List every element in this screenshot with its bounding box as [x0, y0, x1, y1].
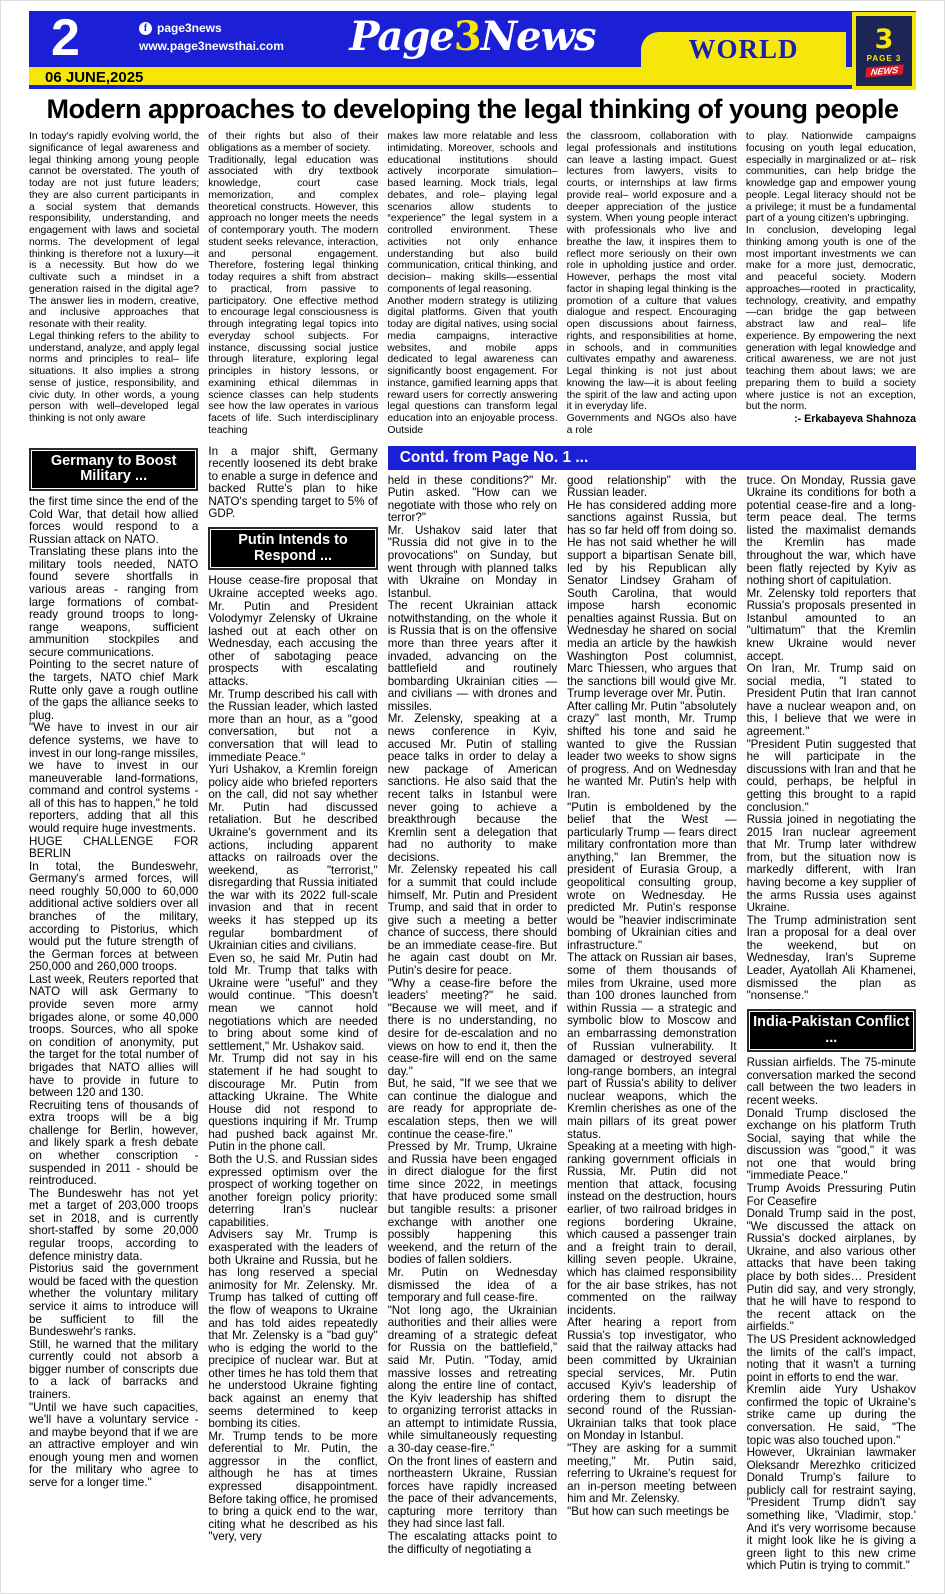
paragraph: Trump Avoids Pressuring Putin For Ceasef… [747, 1183, 916, 1208]
paragraph: Speaking at a meeting with high-ranking … [567, 1141, 736, 1317]
paragraph: In conclusion, developing legal thinking… [746, 225, 916, 413]
paragraph: Russian airfields. The 75-minute convers… [747, 1057, 916, 1107]
paragraph: On Iran, Mr. Trump said on social media,… [747, 663, 916, 738]
paragraph: House cease-fire proposal that Ukraine a… [208, 575, 377, 688]
paragraph: The recent Ukrainian attack notwithstand… [388, 600, 557, 713]
paragraph: Pointing to the secret nature of the tar… [29, 659, 198, 722]
continued-column-3: truce. On Monday, Russia gave Ukraine it… [747, 475, 916, 1573]
byline: :- Erkabayeva Shahnoza [746, 414, 916, 426]
paragraph: But, he said, "If we see that we can con… [388, 1078, 557, 1141]
paragraph: Even so, he said Mr. Putin had told Mr. … [208, 953, 377, 1054]
paragraph: Donald Trump disclosed the exchange on h… [747, 1108, 916, 1183]
logo-page3-label: PAGE 3 [867, 54, 902, 63]
paragraph: Mr. Trump tends to be more deferential t… [208, 1431, 377, 1544]
putin-article-intro: In a major shift, Germany recently loose… [208, 446, 377, 521]
paragraph: Pressed by Mr. Trump, Ukraine and Russia… [388, 1141, 557, 1267]
paragraph: The Trump administration sent Iran a pro… [747, 915, 916, 1003]
paragraph: The Bundeswehr has not yet met a target … [29, 1188, 198, 1263]
putin-article-column: In a major shift, Germany recently loose… [208, 446, 377, 1573]
social-handle: page3news [157, 21, 222, 35]
paragraph: Advisers say Mr. Trump is exasperated wi… [208, 1229, 377, 1430]
paragraph: HUGE CHALLENGE FOR BERLIN [29, 836, 198, 861]
lead-column-3: makes law more relatable and less intimi… [387, 131, 557, 437]
paragraph: Mr. Trump did not say in his statement i… [208, 1053, 377, 1154]
lead-column-4: the classroom, collaboration with legal … [567, 131, 737, 437]
paragraph: Translating these plans into the militar… [29, 546, 198, 659]
paragraph: Donald Trump said in the post, "We discu… [747, 1208, 916, 1334]
paragraph: Another modern strategy is utilizing dig… [387, 296, 557, 437]
paragraph: Mr. Putin on Wednesday dismissed the ide… [388, 1267, 557, 1305]
continued-column-2: good relationship" with the Russian lead… [567, 475, 736, 1573]
page-number: 2 [51, 9, 80, 67]
paragraph: Mr. Zelensky repeated his call for a sum… [388, 864, 557, 977]
continued-group: Contd. from Page No. 1 ... held in these… [388, 446, 916, 1573]
paragraph: After calling Mr. Putin "absolutely craz… [567, 701, 736, 802]
paragraph: Mr. Zelensky told reporters that Russia'… [747, 588, 916, 663]
germany-article-text: the first time since the end of the Cold… [29, 496, 198, 1490]
lead-article: In today's rapidly evolving world, the s… [29, 129, 916, 443]
social-block: f page3news www.page3newsthai.com [139, 21, 284, 53]
paragraph: to play. Nationwide campaigns focusing o… [746, 131, 916, 225]
paragraph: He has considered adding more sanctions … [567, 500, 736, 701]
paragraph: Pistorius said the government would be f… [29, 1263, 198, 1338]
india-pakistan-title: India-Pakistan Conflict ... [747, 1009, 916, 1052]
lead-headline: Modern approaches to developing the lega… [29, 89, 916, 129]
paragraph: The US President acknowledged the limits… [747, 1334, 916, 1384]
paragraph: The escalating attacks point to the diff… [388, 1531, 557, 1556]
masthead-number: 3 [454, 13, 481, 60]
paragraph: Last week, Reuters reported that NATO wi… [29, 974, 198, 1100]
paragraph: Kremlin aide Yury Ushakov confirmed the … [747, 1384, 916, 1447]
newspaper-page: 2 f page3news www.page3newsthai.com Page… [0, 0, 945, 1594]
continued-column-1: held in these conditions?" Mr. Putin ask… [388, 475, 557, 1573]
paragraph: the first time since the end of the Cold… [29, 496, 198, 546]
paragraph: On the front lines of eastern and northe… [388, 1456, 557, 1531]
continued-column-3-text: truce. On Monday, Russia gave Ukraine it… [747, 475, 916, 1003]
logo-3-glyph: 3 [875, 27, 894, 53]
paragraph: Still, he warned that the military curre… [29, 1339, 198, 1402]
lead-column-1: In today's rapidly evolving world, the s… [29, 131, 199, 437]
paragraph: "Why a cease-fire before the leaders' me… [388, 978, 557, 1079]
paragraph: In total, the Bundeswehr, Germany's arme… [29, 861, 198, 974]
paragraph: "But how can such meetings be [567, 1506, 736, 1519]
lead-column-2: of their rights but also of their obliga… [208, 131, 378, 437]
paragraph: held in these conditions?" Mr. Putin ask… [388, 475, 557, 525]
paragraph: Both the U.S. and Russian sides expresse… [208, 1154, 377, 1229]
paragraph: However, Ukrainian lawmaker Oleksandr Me… [747, 1447, 916, 1573]
website-url: www.page3newsthai.com [139, 39, 284, 53]
lead-column-5-text: to play. Nationwide campaigns focusing o… [746, 131, 916, 413]
paragraph: truce. On Monday, Russia gave Ukraine it… [747, 475, 916, 588]
germany-article-column: Germany to Boost Military ... the first … [29, 446, 198, 1573]
paragraph: Recruiting tens of thousands of extra tr… [29, 1100, 198, 1188]
bottom-section: Germany to Boost Military ... the first … [29, 446, 916, 1573]
germany-article-title: Germany to Boost Military ... [29, 448, 198, 491]
paragraph: Mr. Ushakov said later that "Russia did … [388, 525, 557, 600]
paragraph: Mr. Zelensky, speaking at a news confere… [388, 713, 557, 864]
section-label: WORLD [688, 34, 798, 65]
lead-column-5: to play. Nationwide campaigns focusing o… [746, 131, 916, 437]
paragraph: "Until we have such capacities, we'll ha… [29, 1402, 198, 1490]
masthead-title: Page3News [349, 13, 595, 60]
paragraph: Governments and NGOs also have a role [567, 413, 737, 437]
putin-article-text: House cease-fire proposal that Ukraine a… [208, 575, 377, 1544]
paragraph: Yuri Ushakov, a Kremlin foreign policy a… [208, 764, 377, 953]
paragraph: good relationship" with the Russian lead… [567, 475, 736, 500]
masthead-right: News [481, 13, 596, 60]
paragraph: the classroom, collaboration with legal … [567, 131, 737, 413]
continued-banner: Contd. from Page No. 1 ... [388, 446, 916, 470]
paragraph: "They are asking for a summit meeting," … [567, 1443, 736, 1506]
paragraph: After hearing a report from Russia's top… [567, 1317, 736, 1443]
paragraph: "Putin is emboldened by the belief that … [567, 802, 736, 953]
paragraph: "President Putin suggested that he will … [747, 739, 916, 814]
paragraph: The attack on Russian air bases, some of… [567, 952, 736, 1141]
paragraph: "We have to invest in our air defence sy… [29, 722, 198, 835]
paragraph: In a major shift, Germany recently loose… [208, 446, 377, 521]
paragraph: makes law more relatable and less intimi… [387, 131, 557, 296]
masthead-left: Page [349, 13, 453, 60]
india-pakistan-text: Russian airfields. The 75-minute convers… [747, 1057, 916, 1573]
facebook-icon: f [139, 22, 152, 35]
paragraph: of their rights but also of their obliga… [208, 131, 378, 155]
section-tab: WORLD [641, 32, 846, 67]
paragraph: Mr. Trump described his call with the Ru… [208, 689, 377, 764]
paragraph: Russia joined in negotiating the 2015 Ir… [747, 814, 916, 915]
issue-date: 06 JUNE,2025 [45, 69, 143, 86]
page3-logo: 3 PAGE 3 NEWS [852, 12, 916, 90]
putin-article-title: Putin Intends to Respond ... [208, 527, 377, 570]
logo-news-banner: NEWS [865, 64, 903, 77]
masthead-band: 2 f page3news www.page3newsthai.com Page… [29, 11, 916, 67]
paragraph: In today's rapidly evolving world, the s… [29, 131, 199, 331]
paragraph: Traditionally, legal education was assoc… [208, 155, 378, 437]
date-strip: 06 JUNE,2025 [29, 67, 916, 89]
paragraph: "Not long ago, the Ukrainian authorities… [388, 1305, 557, 1456]
paragraph: Legal thinking refers to the ability to … [29, 331, 199, 425]
